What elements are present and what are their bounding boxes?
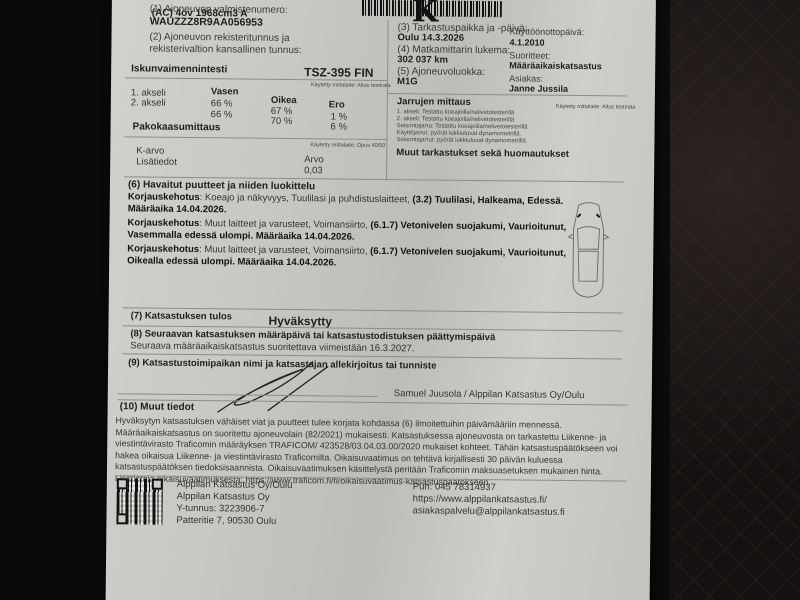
defect-item-1: Korjauskehotus: Koeajo ja näkyvyys, Tuul… [128, 191, 568, 220]
vin-label: (1) Ajoneuvon valmistenumero: [150, 4, 288, 16]
email-link: asiakaspalvelu@alppilankatsastus.fi [413, 505, 565, 518]
qr-code [116, 478, 162, 524]
brake-line-5: Seisontajarrut: pyörät lukkiutuvat dynam… [396, 137, 527, 144]
axle-2-diff: 6 % [331, 121, 347, 132]
defects-title: (6) Havaitut puutteet ja niiden luokitte… [128, 179, 315, 192]
place-date: Oulu 14.3.2026 [397, 32, 464, 44]
commissioning-date: 4.1.2010 [509, 37, 544, 47]
odometer: 302 037 km [397, 54, 448, 66]
axle-2: 2. akseli [131, 97, 166, 108]
result-label: (7) Katsastuksen tulos [131, 310, 232, 322]
commissioning-label: Käyttöönottopäivä: [510, 26, 585, 37]
performed-label: Suoritteet: [509, 50, 550, 60]
phone: Puh: 045 78314937 [413, 481, 496, 493]
header-left: Vasen [211, 86, 239, 97]
company-line-1: Alppilan Katsastus Oy/Oulu [177, 479, 293, 491]
inspector-name: Samuel Juusola / Alppilan Katsastus Oy/O… [394, 388, 585, 401]
car-seat-fabric [650, 0, 800, 600]
performed: Määräaikaiskatsastus [509, 60, 602, 71]
reg-label-1: (2) Ajoneuvon rekisteritunnus ja [149, 32, 289, 44]
exhaust-device: Käytetty mittalaite: Opus 40/50 [310, 142, 385, 149]
customer: Janne Jussila [509, 83, 568, 94]
k-value-label: K-arvo [136, 145, 164, 156]
vin: WAUZZZ8R9AA056953 [150, 16, 263, 29]
signature-scribble [208, 350, 349, 421]
company-line-2: Alppilan Katsastus Oy [177, 491, 270, 503]
brake-line-1: 1. akseli: Testattu koeajoilla/nelivetot… [397, 109, 515, 116]
brake-line-2: 2. akseli: Testattu koeajoilla/nelivetot… [397, 116, 515, 123]
car-diagram-icon [565, 199, 612, 299]
website-link: https://www.alppilankatsastus.fi/ [413, 493, 547, 505]
brakes-title: Jarrujen mittaus [397, 96, 471, 108]
reg-label-2: rekisterivaltion kansallinen tunnus: [149, 44, 301, 57]
header-diff: Ero [329, 99, 345, 110]
other-info-title: (10) Muut tiedot [120, 401, 195, 413]
header-right: Oikea [271, 95, 297, 106]
registration: TSZ-395 FIN [304, 65, 374, 80]
exhaust-title: Pakokaasumittaus [133, 121, 221, 133]
k-value: 0,03 [304, 165, 323, 176]
defect-item-2: Korjauskehotus: Muut laitteet ja varuste… [127, 217, 567, 246]
shock-test-title: Iskunvaimennintesti [131, 63, 227, 75]
axle-2-right: 70 % [271, 116, 293, 127]
axle-1-left: 66 % [211, 98, 233, 109]
company-line-3: Y-tunnus: 3223906-7 [177, 503, 265, 515]
axle-2-left: 66 % [211, 109, 233, 120]
shock-device: Käytetty mittalaite: Altus testirata [311, 82, 391, 89]
inspection-certificate: (AC) 4ov 1968cm3 A K (1) Ajoneuvon valmi… [106, 0, 656, 600]
vehicle-class: M1G [397, 76, 418, 87]
info-label: Lisätiedot [136, 156, 177, 167]
defect-item-3: Korjauskehotus: Muut laitteet ja varuste… [127, 243, 567, 272]
value-label: Arvo [304, 154, 324, 165]
other-checks-title: Muut tarkastukset sekä huomautukset [396, 147, 569, 160]
customer-label: Asiakas: [509, 73, 543, 83]
brakes-device: Käytetty mittalaite: Altus testirata [556, 104, 636, 111]
company-line-4: Patteritie 7, 90530 Oulu [176, 515, 276, 527]
